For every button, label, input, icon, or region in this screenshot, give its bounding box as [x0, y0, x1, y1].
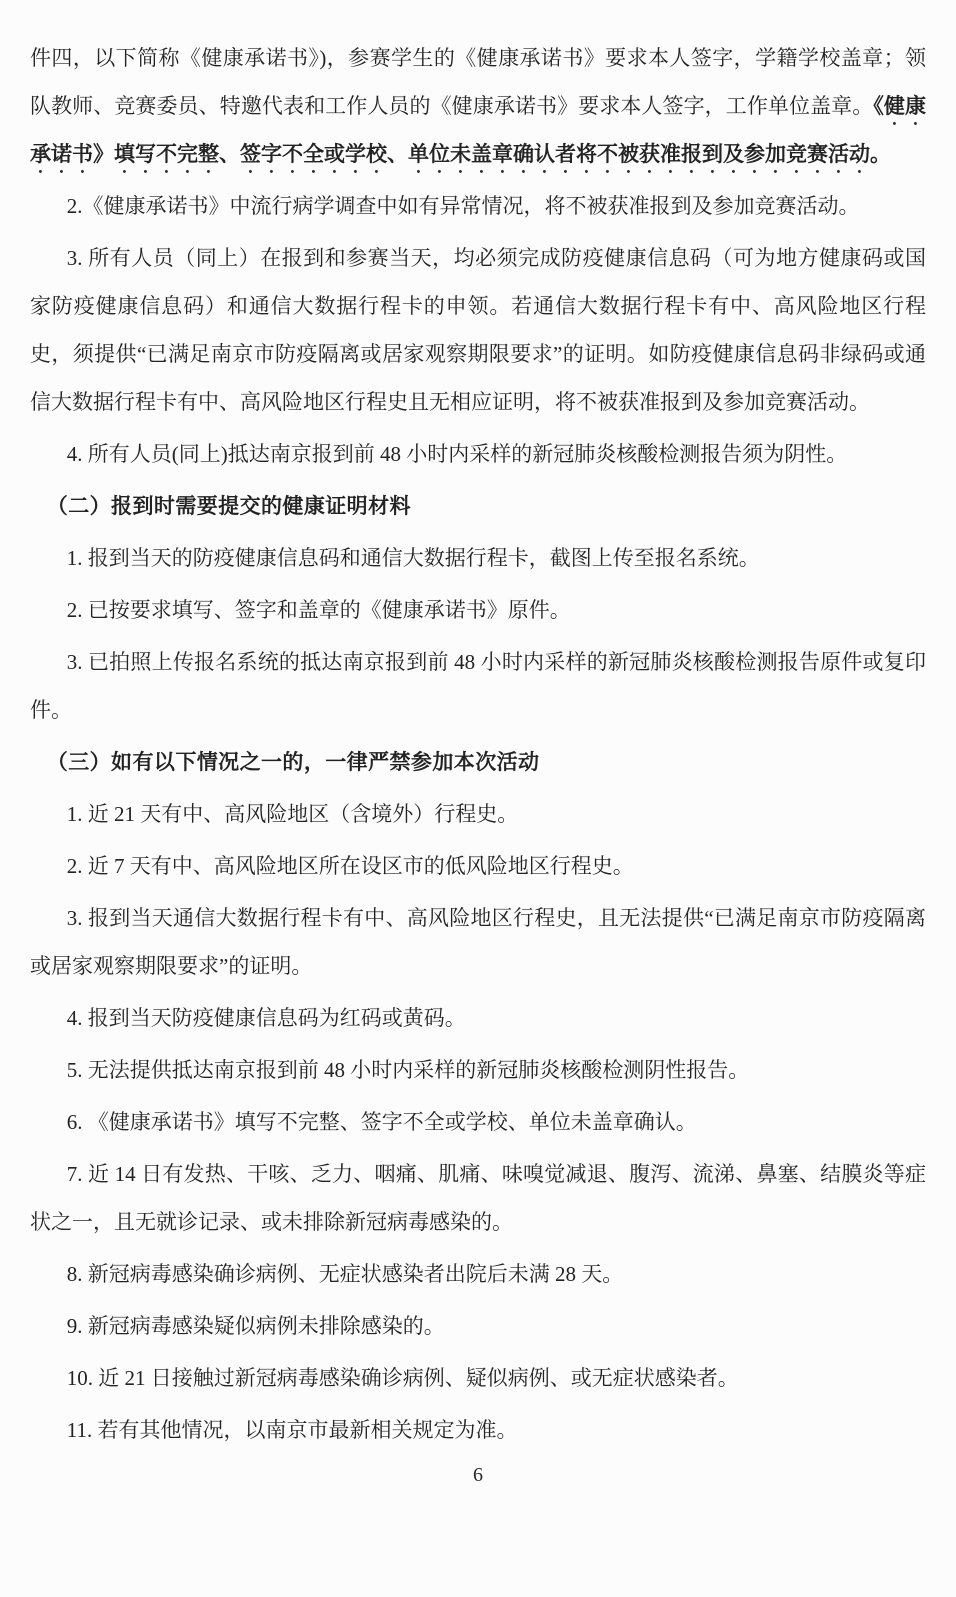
paragraph-intro: 件四，以下简称《健康承诺书》)，参赛学生的《健康承诺书》要求本人签字，学籍学校盖… — [30, 34, 926, 178]
section3-item-4: 4. 报到当天防疫健康信息码为红码或黄码。 — [30, 994, 926, 1042]
section3-item-7: 7. 近 14 日有发热、干咳、乏力、咽痛、肌痛、味嗅觉减退、腹泻、流涕、鼻塞、… — [30, 1150, 926, 1246]
section3-item-6: 6. 《健康承诺书》填写不完整、签字不全或学校、单位未盖章确认。 — [30, 1098, 926, 1146]
section3-item-11: 11. 若有其他情况，以南京市最新相关规定为准。 — [30, 1406, 926, 1454]
section2-item-1: 1. 报到当天的防疫健康信息码和通信大数据行程卡，截图上传至报名系统。 — [30, 534, 926, 582]
section3-item-5: 5. 无法提供抵达南京报到前 48 小时内采样的新冠肺炎核酸检测阴性报告。 — [30, 1046, 926, 1094]
section2-heading: （二）报到时需要提交的健康证明材料 — [30, 482, 926, 530]
section3-heading: （三）如有以下情况之一的，一律严禁参加本次活动 — [30, 738, 926, 786]
document-page: 件四，以下简称《健康承诺书》)，参赛学生的《健康承诺书》要求本人签字，学籍学校盖… — [0, 0, 956, 1597]
section3-item-2: 2. 近 7 天有中、高风险地区所在设区市的低风险地区行程史。 — [30, 842, 926, 890]
section3-item-8: 8. 新冠病毒感染确诊病例、无症状感染者出院后未满 28 天。 — [30, 1250, 926, 1298]
section2-item-3: 3. 已拍照上传报名系统的抵达南京报到前 48 小时内采样的新冠肺炎核酸检测报告… — [30, 638, 926, 734]
page-number: 6 — [30, 1458, 926, 1492]
section3-item-10: 10. 近 21 日接触过新冠病毒感染确诊病例、疑似病例、或无症状感染者。 — [30, 1354, 926, 1402]
paragraph-item-2: 2.《健康承诺书》中流行病学调查中如有异常情况，将不被获准报到及参加竞赛活动。 — [30, 182, 926, 230]
intro-text: 件四，以下简称《健康承诺书》)，参赛学生的《健康承诺书》要求本人签字，学籍学校盖… — [30, 46, 926, 118]
section3-item-9: 9. 新冠病毒感染疑似病例未排除感染的。 — [30, 1302, 926, 1350]
section2-item-2: 2. 已按要求填写、签字和盖章的《健康承诺书》原件。 — [30, 586, 926, 634]
paragraph-item-3: 3. 所有人员（同上）在报到和参赛当天，均必须完成防疫健康信息码（可为地方健康码… — [30, 234, 926, 426]
paragraph-item-4: 4. 所有人员(同上)抵达南京报到前 48 小时内采样的新冠肺炎核酸检测报告须为… — [30, 430, 926, 478]
section3-item-1: 1. 近 21 天有中、高风险地区（含境外）行程史。 — [30, 790, 926, 838]
section3-item-3: 3. 报到当天通信大数据行程卡有中、高风险地区行程史，且无法提供“已满足南京市防… — [30, 894, 926, 990]
